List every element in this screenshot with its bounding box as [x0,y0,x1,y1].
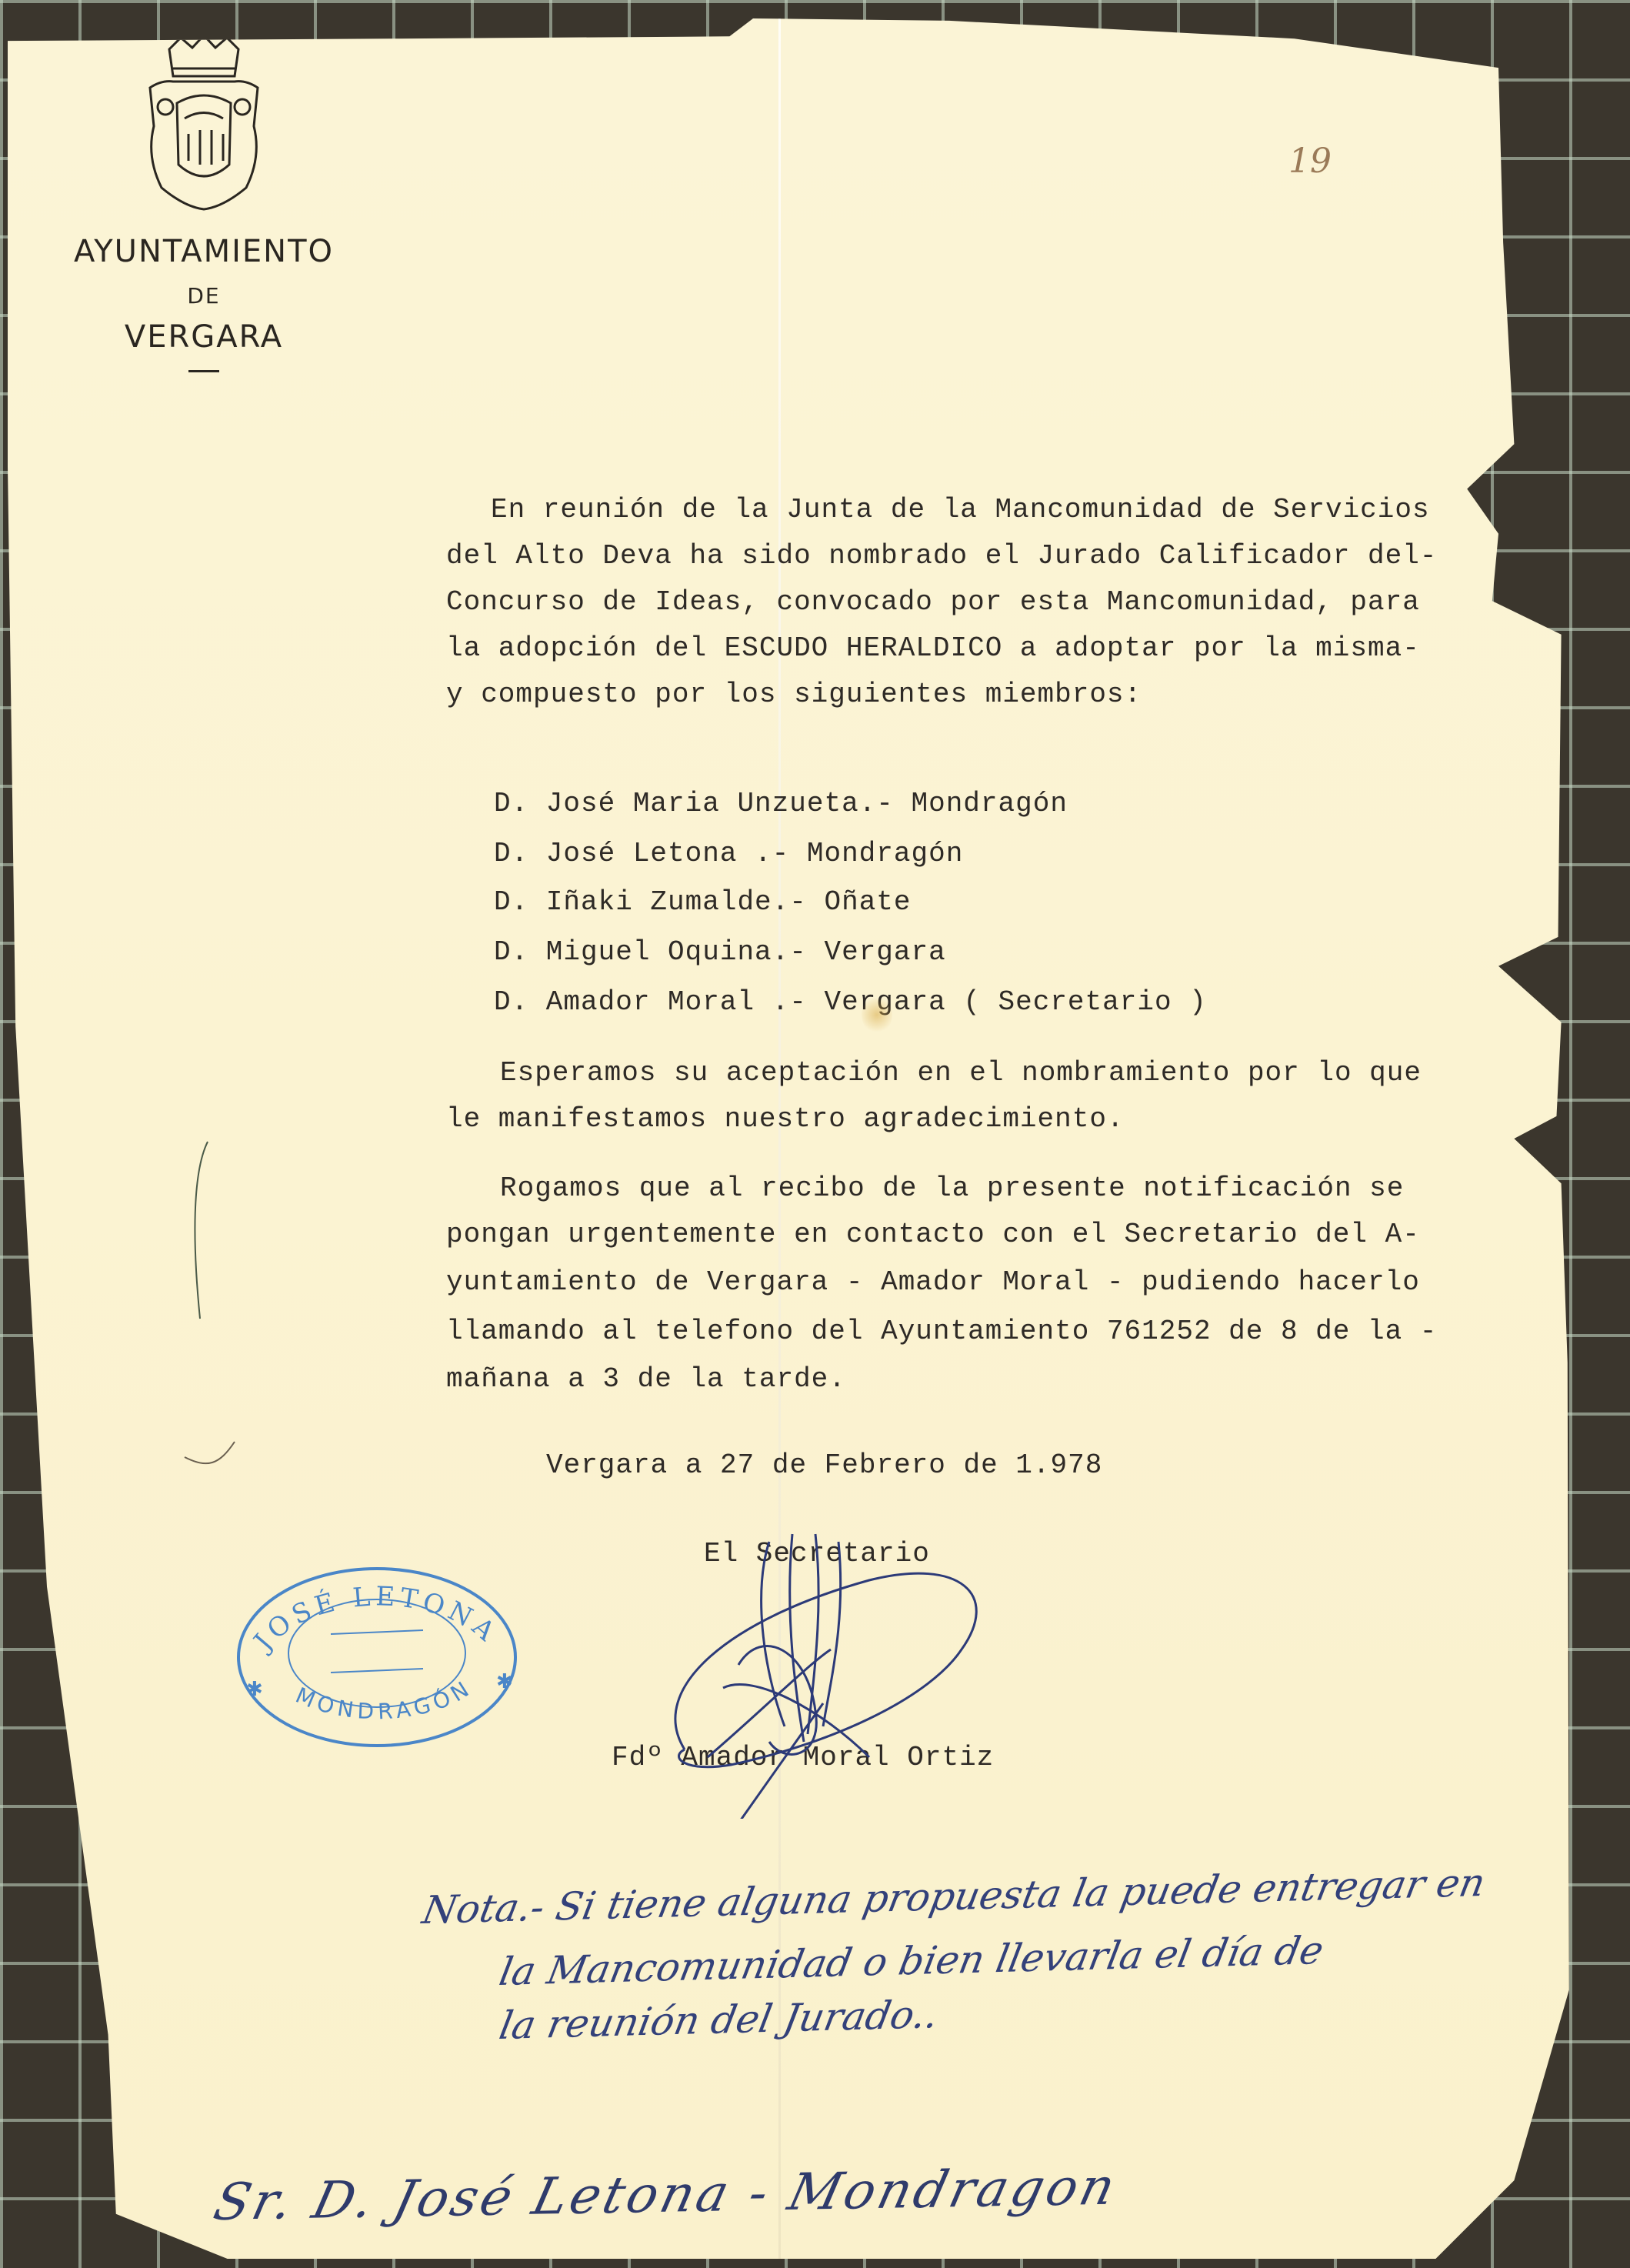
svg-text:MONDRAGÓN: MONDRAGÓN [292,1674,478,1724]
member-name: D. José Maria Unzueta.- [494,788,894,819]
stain [862,996,892,1034]
letter-page: AYUNTAMIENTO DE VERGARA 19 En reunión de… [8,18,1577,2259]
member-item: D. Miguel Oquina.- Vergara [494,936,946,968]
member-name: D. Amador Moral .- [494,986,807,1018]
letterhead: AYUNTAMIENTO DE VERGARA [50,34,358,372]
member-item: D. Amador Moral .- Vergara ( Secretario … [494,986,1207,1018]
body-line: del Alto Deva ha sido nombrado el Jurado… [446,540,1437,572]
member-town: Mondragón [807,838,963,869]
member-name: D. José Letona .- [494,838,789,869]
body-line: Esperamos su aceptación en el nombramien… [500,1057,1422,1089]
member-town: Mondragón [912,788,1068,819]
member-item: D. José Maria Unzueta.- Mondragón [494,788,1068,819]
body-line: mañana a 3 de la tarde. [446,1363,846,1395]
body-line: Rogamos que al recibo de la presente not… [500,1172,1404,1204]
letterhead-line3: VERGARA [50,319,358,355]
pen-mark [177,1126,238,1496]
body-line: pongan urgentemente en contacto con el S… [446,1219,1420,1250]
body-line: la adopción del ESCUDO HERALDICO a adopt… [446,632,1420,664]
asterisk-icon: ✱ [246,1678,263,1700]
member-item: D. Iñaki Zumalde.- Oñate [494,886,912,918]
body-line: le manifestamos nuestro agradecimiento. [446,1103,1125,1135]
rubber-stamp: JOSÉ LETONA MONDRAGÓN ✱ ✱ [215,1557,538,1757]
body-line: Concurso de Ideas, convocado por esta Ma… [446,586,1420,618]
place-date: Vergara a 27 de Febrero de 1.978 [546,1449,1102,1481]
addressee: Sr. D. José Letona - Mondragon [208,2157,1124,2232]
body-line: yuntamiento de Vergara - Amador Moral - … [446,1266,1420,1298]
body-line: En reunión de la Junta de la Mancomunida… [491,494,1430,525]
handwritten-signature [638,1511,1038,1819]
letterhead-line2: DE [50,283,358,309]
body-line: y compuesto por los siguientes miembros: [446,679,1142,710]
note-line: Nota.- Si tiene alguna propuesta la pued… [419,1860,1489,1933]
member-item: D. José Letona .- Mondragón [494,838,963,869]
letterhead-line1: AYUNTAMIENTO [50,234,358,269]
body-line: llamando al telefono del Ayuntamiento 76… [446,1316,1437,1347]
coat-of-arms-icon [138,34,269,211]
asterisk-icon: ✱ [496,1670,513,1693]
member-town: Oñate [824,886,911,918]
member-name: D. Iñaki Zumalde.- [494,886,807,918]
note-line: la Mancomunidad o bien llevarla el día d… [496,1928,1328,1994]
note-line: la reunión del Jurado.. [496,1992,942,2048]
member-town: Vergara [824,936,945,968]
letterhead-rule [188,370,219,372]
member-name: D. Miguel Oquina.- [494,936,807,968]
page-number: 19 [1288,142,1332,181]
stamp-bottom-text: MONDRAGÓN [292,1674,478,1724]
